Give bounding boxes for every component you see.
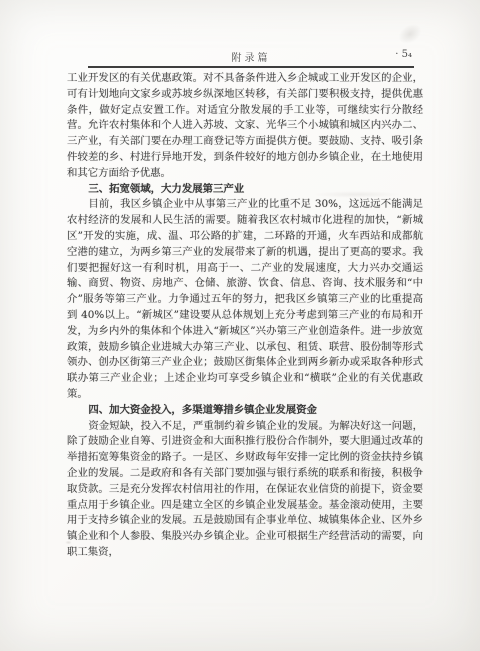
document-body: 工业开发区的有关优惠政策。对不具备条件进入乡企城或工业开发区的企业，可有计划地向… [67,71,423,561]
header-rule [88,66,414,68]
section-heading-four: 四、加大资金投入，多渠道筹措乡镇企业发展资金 [67,403,423,419]
scan-smudge-artifact [389,15,431,53]
scanned-document-page: 附录篇 · 5₄ 工业开发区的有关优惠政策。对不具备条件进入乡企城或工业开发区的… [0,0,480,651]
paragraph-funding-channels: 资金短缺，投入不足，严重制约着乡镇企业的发展。为解决好这一问题，除了鼓励企业自筹… [67,419,423,561]
paragraph-industrial-zone-policy: 工业开发区的有关优惠政策。对不具备条件进入乡企城或工业开发区的企业，可有计划地向… [67,71,423,182]
paragraph-tertiary-industry: 目前，我区乡镇企业中从事第三产业的比重不足 30%，这远远不能满足农村经济的发展… [67,197,423,402]
page-number: · 5₄ [340,49,412,60]
section-heading-three: 三、拓宽领域，大力发展第三产业 [67,182,423,198]
